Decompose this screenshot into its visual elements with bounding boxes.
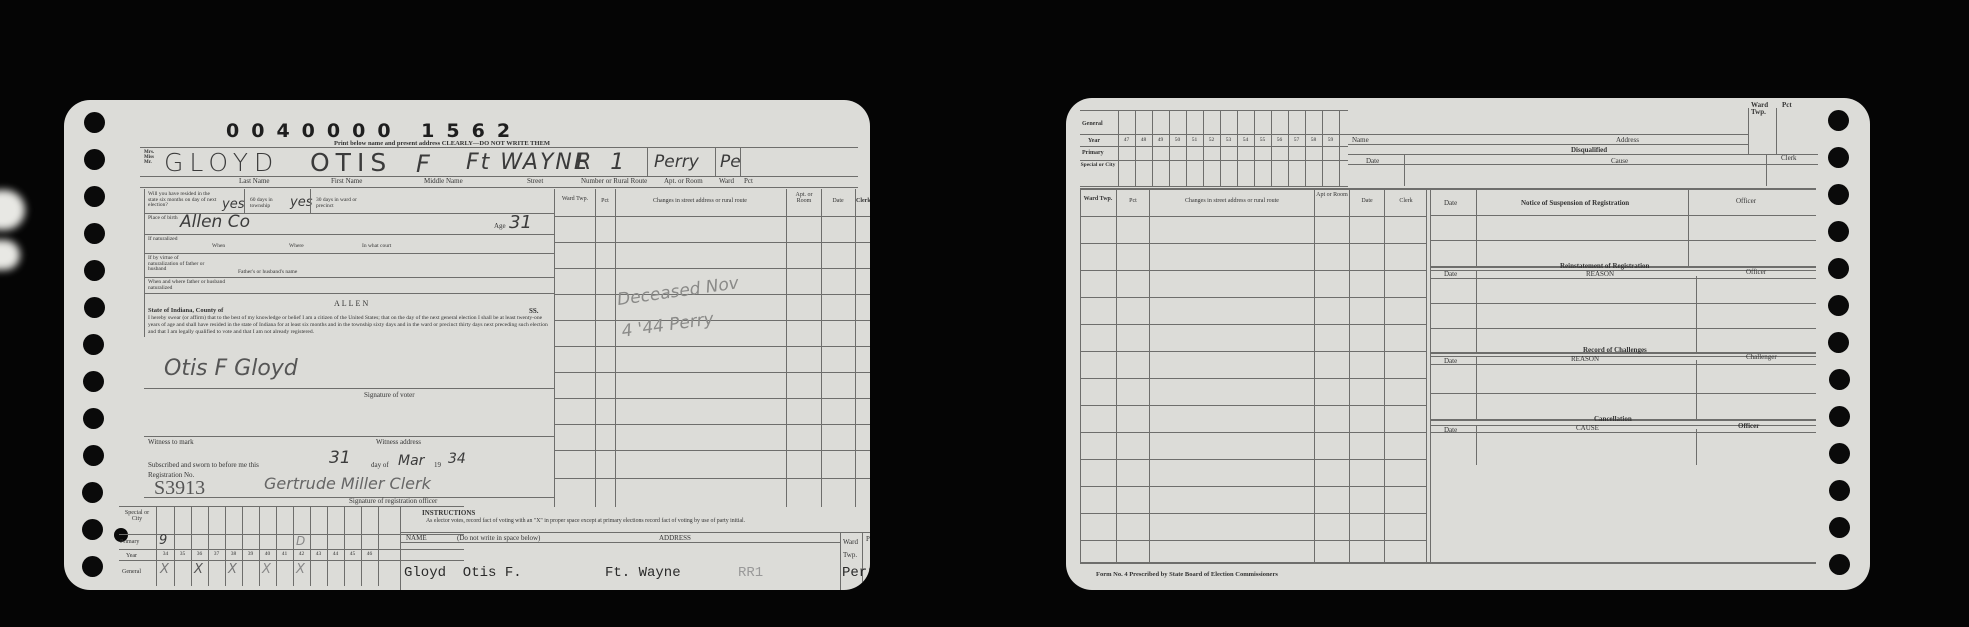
cancellation-title: Cancellation <box>1594 416 1632 423</box>
year-cell: 49 <box>1152 138 1169 144</box>
suspension-title: Notice of Suspension of Registration <box>1521 200 1629 207</box>
general-mark-40: X <box>262 563 271 576</box>
residence-a1: yes <box>222 198 244 211</box>
header-changes: Changes in street address or rural route <box>1150 198 1314 204</box>
serial-number: 0040000 1562 <box>226 120 522 142</box>
label-clerk: Clerk <box>1781 155 1797 162</box>
grid-row-primary: Primary <box>120 539 139 545</box>
label-witness: Witness to mark <box>148 439 194 446</box>
year-cell: 48 <box>1135 138 1152 144</box>
header-ward: Ward Twp. <box>557 196 593 202</box>
residence-q3: 30 days in ward or precinct <box>316 198 376 209</box>
place-of-birth: Allen Co <box>180 214 250 231</box>
reinstatement-officer: Officer <box>1746 269 1766 276</box>
year-cell: 52 <box>1203 138 1220 144</box>
header-clerk: Clerk <box>856 198 870 204</box>
label-street: Street <box>527 178 543 185</box>
bottom-label-ward: Ward Twp. <box>843 536 861 561</box>
residence-q1: Will you have resided in the state six m… <box>148 192 220 209</box>
year-cell: 44 <box>327 552 344 558</box>
residence-q2: 60 days in township <box>250 198 288 209</box>
header-ward: Ward Twp. <box>1082 196 1114 202</box>
rural-route: R 1 <box>576 152 630 174</box>
header-apt: Apt or Room <box>1316 192 1348 198</box>
grid-row-special: Special or City <box>1080 163 1116 169</box>
oath-text: I hereby swear (or affirm) that to the b… <box>148 315 548 336</box>
year-cell: 42 <box>293 552 310 558</box>
year-cell: 40 <box>259 552 276 558</box>
label-name: Name <box>1352 137 1369 144</box>
primary-mark-34: 9 <box>159 534 167 547</box>
label-when-where: When and where father or husband natural… <box>148 280 238 291</box>
background-artifact <box>0 190 25 230</box>
year-cell: 50 <box>1169 138 1186 144</box>
typed-ward: Perry <box>842 566 870 580</box>
year-cell: 39 <box>242 552 259 558</box>
label-naturalized: If naturalized <box>148 237 180 243</box>
label-pct: Pct <box>1782 102 1792 109</box>
label-address: Address <box>1616 137 1639 144</box>
primary-mark-42: D <box>296 535 305 547</box>
label-last-name: Last Name <box>239 178 270 185</box>
year-cell: 45 <box>344 552 361 558</box>
header-changes: Changes in street address or rural route <box>616 198 784 204</box>
middle-initial: F <box>416 152 430 176</box>
general-mark-34: X <box>160 563 169 576</box>
street: Ft WAYNE <box>466 152 590 174</box>
voter-signature: Otis F Gloyd <box>164 358 298 380</box>
header-date: Date <box>822 198 854 204</box>
grid-row-special: Special or City <box>120 510 154 522</box>
label-subscribed: Subscribed and sworn to before me this <box>148 462 259 469</box>
instructions-title: INSTRUCTIONS <box>422 510 475 517</box>
grid-row-general: General <box>1082 121 1103 127</box>
form-footer: Form No. 4 Prescribed by State Board of … <box>1096 572 1278 579</box>
year-cell: 47 <box>1118 138 1135 144</box>
label-ward: Ward Twp. <box>1751 102 1773 116</box>
label-apt: Apt. or Room <box>664 178 703 185</box>
typed-route: RR1 <box>738 566 763 580</box>
last-name: GLOYD <box>164 150 279 175</box>
label-day-of: day of <box>371 462 389 469</box>
year-cell: 38 <box>225 552 242 558</box>
grid-row-primary: Primary <box>1082 150 1104 156</box>
challenges-reason: REASON <box>1571 356 1599 363</box>
bottom-label-address: ADDRESS <box>659 535 691 542</box>
year-cell: 36 <box>191 552 208 558</box>
label-where: Where <box>289 244 304 250</box>
grid-row-year: Year <box>1088 138 1100 144</box>
label-state: State of Indiana, County of <box>148 308 223 315</box>
header-pct: Pct <box>1117 198 1149 204</box>
label-first-name: First Name <box>331 178 362 185</box>
year-cell: 53 <box>1220 138 1237 144</box>
grid-row-year: Year <box>126 553 137 559</box>
label-signature: Signature of voter <box>364 392 415 399</box>
year-cell: 37 <box>208 552 225 558</box>
typed-name: Gloyd Otis F. <box>404 566 522 580</box>
instructions-text: As elector votes, record fact of voting … <box>426 518 846 525</box>
sworn-month: Mar <box>398 454 424 468</box>
ward-handwritten: Pe <box>720 154 741 171</box>
label-court: In what court <box>362 244 391 250</box>
typed-address: Ft. Wayne <box>605 566 681 580</box>
general-mark-38: X <box>228 563 237 576</box>
apt-handwritten: Perry <box>654 154 699 171</box>
registration-number: S3913 <box>154 478 205 498</box>
header-pct: Pct <box>596 198 614 204</box>
label-number: Number or Rural Route <box>581 178 647 185</box>
year-cell: 59 <box>1322 138 1339 144</box>
year-cell: 55 <box>1254 138 1271 144</box>
age: 31 <box>509 214 532 232</box>
general-mark-36: X <box>194 563 203 576</box>
label-place-of-birth: Place of birth <box>148 216 178 222</box>
year-prefix: 19 <box>434 462 441 469</box>
challenges-title: Record of Challenges <box>1583 347 1647 354</box>
general-mark-42: X <box>296 563 305 576</box>
header-apt: Apt. or Room <box>788 192 820 204</box>
reinstatement-reason: REASON <box>1586 271 1614 278</box>
year-cell: 54 <box>1237 138 1254 144</box>
bottom-label-pct: Pct <box>866 536 870 543</box>
sworn-year: 34 <box>448 452 466 466</box>
header-clerk: Clerk <box>1386 198 1426 204</box>
changes-handwritten-note: Deceased Nov 4 '44 Perry <box>615 266 753 348</box>
year-cell: 43 <box>310 552 327 558</box>
label-officer-signature: Signature of registration officer <box>349 498 437 505</box>
year-cell: 46 <box>361 552 378 558</box>
suspension-date: Date <box>1444 200 1457 207</box>
year-cell: 56 <box>1271 138 1288 144</box>
label-age: Age <box>494 223 506 230</box>
suspension-officer: Officer <box>1736 198 1756 205</box>
label-middle-name: Middle Name <box>424 178 463 185</box>
year-cell: 34 <box>157 552 174 558</box>
year-cell: 51 <box>1186 138 1203 144</box>
bottom-label-name: NAME <box>406 535 427 542</box>
year-cell: 41 <box>276 552 293 558</box>
label-father-name: Father's or husband's name <box>238 270 297 276</box>
grid-row-general: General <box>122 569 141 575</box>
reinstatement-title: Reinstatement of Registration <box>1560 263 1649 270</box>
year-cell: 58 <box>1305 138 1322 144</box>
background-artifact <box>0 240 20 270</box>
year-cell: 35 <box>174 552 191 558</box>
challenges-challenger: Challenger <box>1746 354 1777 361</box>
label-witness-address: Witness address <box>376 439 421 446</box>
back-card: General Year Primary Special or City 47 … <box>1066 98 1870 590</box>
label-ward: Ward <box>719 178 734 185</box>
sworn-day: 31 <box>329 450 351 467</box>
first-name: OTIS <box>310 150 392 175</box>
front-card: 0040000 1562 Print below name and presen… <box>64 100 870 590</box>
title-prefix: Mrs. Miss Mr. <box>144 150 158 165</box>
cancellation-officer: Officer <box>1738 423 1759 430</box>
county-value: ALLEN <box>334 300 370 308</box>
officer-signature: Gertrude Miller Clerk <box>264 476 431 492</box>
header-date: Date <box>1350 198 1384 204</box>
reinstatement-date: Date <box>1444 271 1457 278</box>
label-pct: Pct <box>744 178 753 185</box>
bottom-label-do-not-write: (Do not write in space below) <box>457 535 540 542</box>
label-by-virtue: If by virtue of naturalization of father… <box>148 256 210 273</box>
cancellation-cause: CAUSE <box>1576 425 1599 432</box>
label-disqualified: Disqualified <box>1571 147 1607 154</box>
label-when: When <box>212 244 225 250</box>
label-ss: SS. <box>529 308 539 315</box>
year-cell: 57 <box>1288 138 1305 144</box>
